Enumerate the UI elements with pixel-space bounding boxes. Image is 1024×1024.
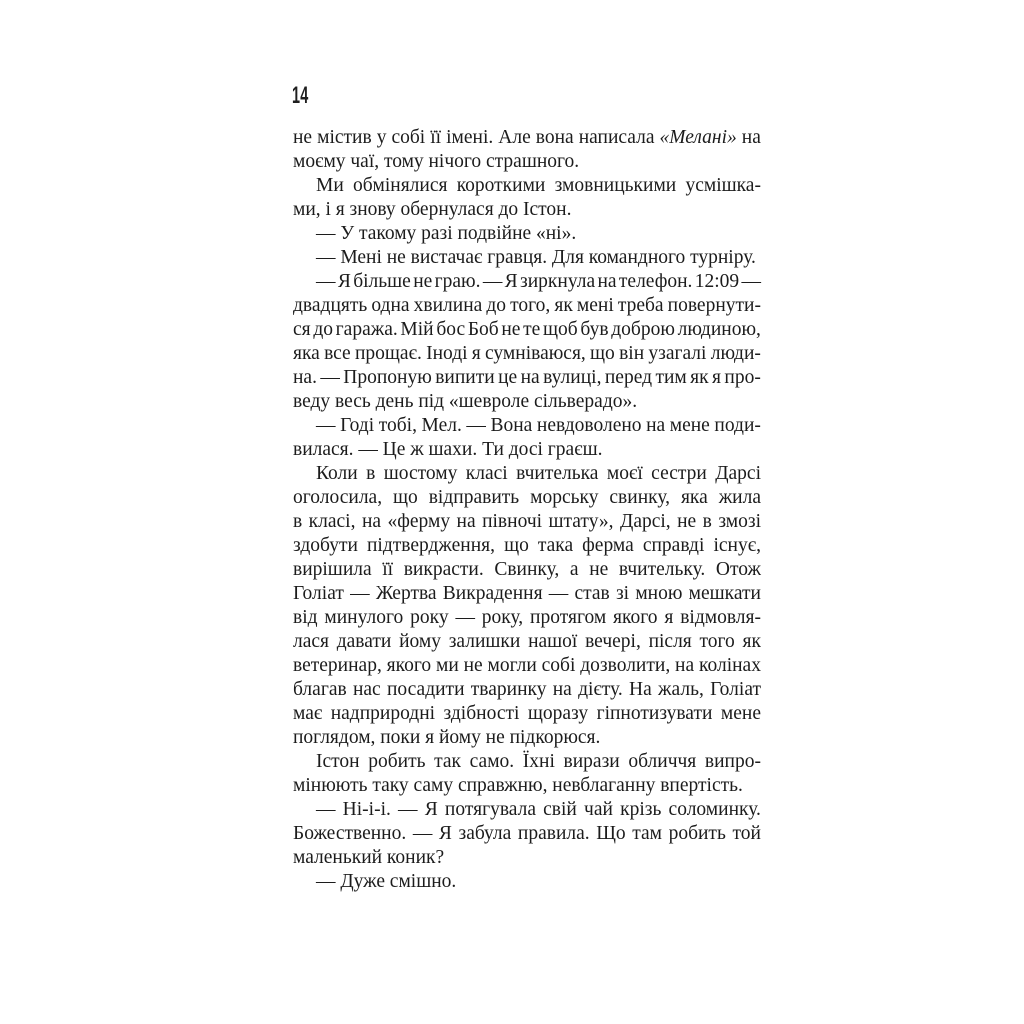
text-line: —Ябільшенеграю.—Язиркнуланателефон.12:09… — [293, 270, 761, 294]
text-line: Божественно.—Язабулаправила.Щотамробитьт… — [293, 822, 761, 846]
text-line: здобутипідтвердження,щотакафермасправдіі… — [293, 534, 761, 558]
text-line: мінюютьтакусамусправжню,невблаганнувперт… — [293, 774, 761, 798]
text-line: вкласі,на«фермунапівночіштату»,Дарсі,нев… — [293, 510, 761, 534]
page-text: немістивусобіїїімені.Алевонанаписала«Мел… — [293, 126, 761, 894]
text-line: немістивусобіїїімені.Алевонанаписала«Мел… — [293, 126, 761, 150]
text-line: поглядом,покияйомунепідкорюся. — [293, 726, 761, 750]
text-line: ветеринар,якогоминемоглисобідозволити,на… — [293, 654, 761, 678]
text-line: відминулогороку—року,протягомякогоявідмо… — [293, 606, 761, 630]
text-line: —Дужесмішно. — [293, 870, 761, 894]
text-line: якавсепрощає.Інодіясумніваюся,щовінузага… — [293, 342, 761, 366]
text-line: маленькийконик? — [293, 846, 761, 870]
text-line: моємучаї,томунічогострашного. — [293, 150, 761, 174]
text-line: —Годітобі,Мел.—Вонаневдоволенонаменеподи… — [293, 414, 761, 438]
book-page: 14 немістивусобіїїімені.Алевонанаписала«… — [0, 0, 1024, 1024]
text-line: на.—Пропонуювипитиценавулиці,передтимякя… — [293, 366, 761, 390]
page-number: 14 — [292, 84, 309, 108]
text-line: КолившостомукласівчителькамоєїсестриДарс… — [293, 462, 761, 486]
text-line: ласядаватийомузалишкинашоївечері,післято… — [293, 630, 761, 654]
text-line: ми,іязновуобернуласядоІстон. — [293, 198, 761, 222]
text-line: вилася.—Цежшахи.Тидосіграєш. — [293, 438, 761, 462]
text-line: благавнаспосадититваринкунадієту.Нажаль,… — [293, 678, 761, 702]
text-line: —Утакомуразіподвійне«ні». — [293, 222, 761, 246]
text-line: —Ні-і-і.—Япотягуваласвійчайкрізьсоломинк… — [293, 798, 761, 822]
text-line: Голіат—ЖертваВикрадення—ставзімноюмешкат… — [293, 582, 761, 606]
text-line: сядогаража.МійбосБобнетещоббувдоброюлюди… — [293, 318, 761, 342]
text-line: ведувесьденьпід«шевролесільверадо». — [293, 390, 761, 414]
text-line: маєнадприродніздібностіщоразугіпнотизува… — [293, 702, 761, 726]
text-line: двадцятьоднахвилинадотого,якменітребапов… — [293, 294, 761, 318]
text-line: вирішилаїївикрасти.Свинку,аневчительку.О… — [293, 558, 761, 582]
text-line: Миобмінялисякороткимизмовницькимиусмішка… — [293, 174, 761, 198]
text-line: оголосила,щовідправитьморськусвинку,якаж… — [293, 486, 761, 510]
text-line: —Меніневистачаєгравця.Длякомандноготурні… — [293, 246, 761, 270]
text-line: Істонробитьтаксамо.Їхнівиразиобличчявипр… — [293, 750, 761, 774]
